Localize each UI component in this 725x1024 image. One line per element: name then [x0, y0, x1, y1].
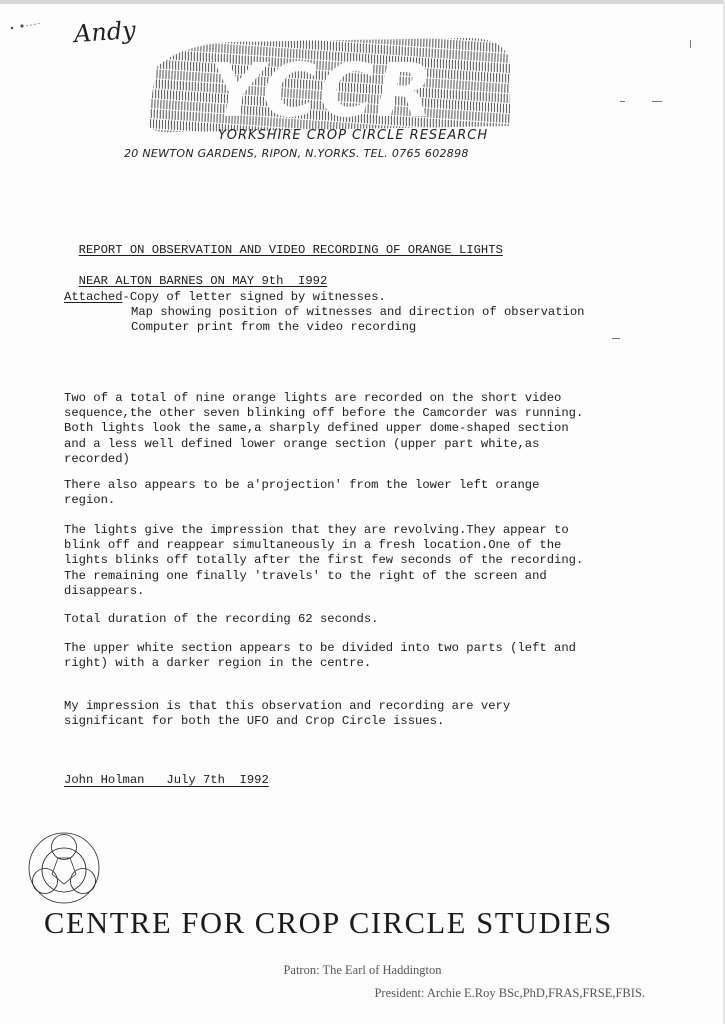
text-line: The lights give the impression that they…: [64, 523, 583, 538]
cccs-president: President: Archie E.Roy BSc,PhD,FRAS,FRS…: [0, 986, 645, 1001]
text-line: sequence,the other seven blinking off be…: [64, 406, 583, 421]
text-line: disappears.: [64, 584, 583, 599]
signature-line: John Holman July 7th I992: [64, 773, 269, 788]
attached-label: Attached: [64, 290, 123, 304]
letterhead-organization: YORKSHIRE CROP CIRCLE RESEARCH: [218, 128, 488, 143]
letterhead-address: 20 NEWTON GARDENS, RIPON, N.YORKS. TEL. …: [124, 147, 469, 160]
report-title: REPORT ON OBSERVATION AND VIDEO RECORDIN…: [64, 228, 503, 289]
paragraph-observation: Two of a total of nine orange lights are…: [64, 391, 583, 467]
text-line: region.: [64, 493, 539, 508]
text-line: The remaining one finally 'travels' to t…: [64, 569, 583, 584]
attached-item: Computer print from the video recording: [64, 320, 584, 335]
paragraph-upper-section: The upper white section appears to be di…: [64, 641, 576, 671]
cccs-circles-logo: [26, 830, 102, 906]
attached-dash: -: [123, 290, 130, 304]
paragraph-duration: Total duration of the recording 62 secon…: [64, 612, 379, 627]
text-line: There also appears to be a'projection' f…: [64, 478, 539, 493]
paragraph-projection: There also appears to be a'projection' f…: [64, 478, 539, 508]
text-line: blink off and reappear simultaneously in…: [64, 538, 583, 553]
report-title-line: REPORT ON OBSERVATION AND VIDEO RECORDIN…: [79, 243, 503, 258]
handwritten-note: Andy: [73, 16, 137, 48]
text-line: The upper white section appears to be di…: [64, 641, 576, 656]
text-line: and a less well defined lower orange sec…: [64, 437, 583, 452]
text-line: lights blinks off totally after the firs…: [64, 553, 583, 568]
paragraph-revolving: The lights give the impression that they…: [64, 523, 583, 599]
cccs-patron: Patron: The Earl of Haddington: [0, 963, 725, 978]
text-line: Total duration of the recording 62 secon…: [64, 612, 379, 627]
scan-top-edge: [0, 0, 725, 4]
cccs-organization-name: CENTRE FOR CROP CIRCLE STUDIES: [44, 906, 613, 941]
text-line: Two of a total of nine orange lights are…: [64, 391, 583, 406]
text-line: recorded): [64, 452, 583, 467]
text-line: significant for both the UFO and Crop Ci…: [64, 714, 510, 729]
attached-item: Map showing position of witnesses and di…: [64, 305, 584, 320]
attached-item: Copy of letter signed by witnesses.: [130, 290, 386, 304]
text-line: right) with a darker region in the centr…: [64, 656, 576, 671]
attachments-list: Attached-Copy of letter signed by witnes…: [64, 290, 584, 336]
report-title-line: NEAR ALTON BARNES ON MAY 9th I992: [79, 274, 328, 289]
paragraph-impression: My impression is that this observation a…: [64, 699, 510, 729]
text-line: Both lights look the same,a sharply defi…: [64, 421, 583, 436]
text-line: My impression is that this observation a…: [64, 699, 510, 714]
scan-speck: [8, 22, 48, 30]
